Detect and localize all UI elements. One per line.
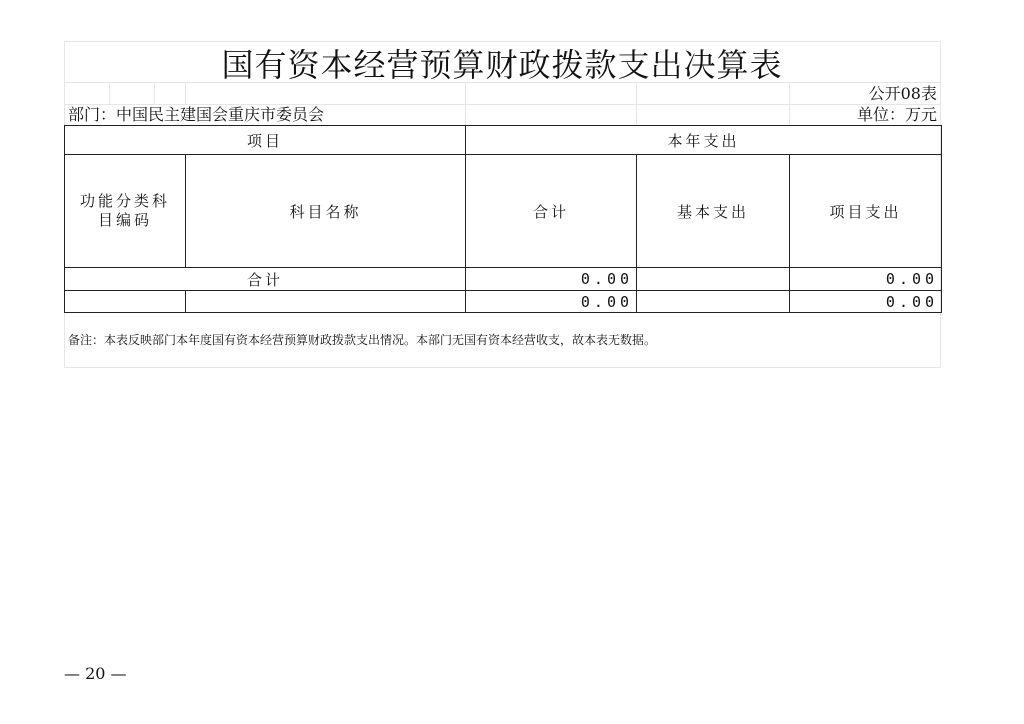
group-header-row: 项目 本年支出 xyxy=(65,126,942,155)
header-project: 项目支出 xyxy=(790,155,942,268)
header-basic: 基本支出 xyxy=(637,155,790,268)
gridline xyxy=(154,82,155,104)
gridline xyxy=(185,82,186,104)
table-row-total: 合计 0.00 0.00 xyxy=(65,268,942,291)
table-code: 公开08表 xyxy=(869,84,937,104)
remark-note: 备注：本表反映部门本年度国有资本经营预算财政拨款支出情况。本部门无国有资本经营收… xyxy=(68,332,656,348)
cell-code xyxy=(65,291,186,313)
cell-project: 0.00 xyxy=(790,291,942,313)
cell-name xyxy=(186,291,466,313)
gridline xyxy=(789,82,790,125)
department-label: 部门：中国民主建国会重庆市委员会 xyxy=(68,105,324,125)
column-header-row: 功能分类科目编码 科目名称 合计 基本支出 项目支出 xyxy=(65,155,942,268)
header-code: 功能分类科目编码 xyxy=(65,155,186,268)
gridline xyxy=(109,82,110,104)
header-item: 项目 xyxy=(65,126,466,155)
gridline xyxy=(64,367,941,368)
cell-basic xyxy=(637,268,790,291)
cell-total: 0.00 xyxy=(466,268,637,291)
page-number: — 20 — xyxy=(64,664,127,683)
header-name: 科目名称 xyxy=(186,155,466,268)
cell-total: 0.00 xyxy=(466,291,637,313)
total-label: 合计 xyxy=(65,268,466,291)
unit-label: 单位：万元 xyxy=(857,105,937,125)
cell-project: 0.00 xyxy=(790,268,942,291)
gridline xyxy=(636,82,637,125)
expenditure-table: 项目 本年支出 功能分类科目编码 科目名称 合计 基本支出 项目支出 合计 0.… xyxy=(64,125,942,313)
cell-basic xyxy=(637,291,790,313)
spreadsheet-sheet: 国有资本经营预算财政拨款支出决算表 公开08表 部门：中国民主建国会重庆市委员会… xyxy=(64,41,940,368)
table-row: 0.00 0.00 xyxy=(65,291,942,313)
header-total: 合计 xyxy=(466,155,637,268)
gridline xyxy=(465,82,466,125)
document-title: 国有资本经营预算财政拨款支出决算表 xyxy=(64,41,940,82)
header-current-year-expenditure: 本年支出 xyxy=(466,126,942,155)
